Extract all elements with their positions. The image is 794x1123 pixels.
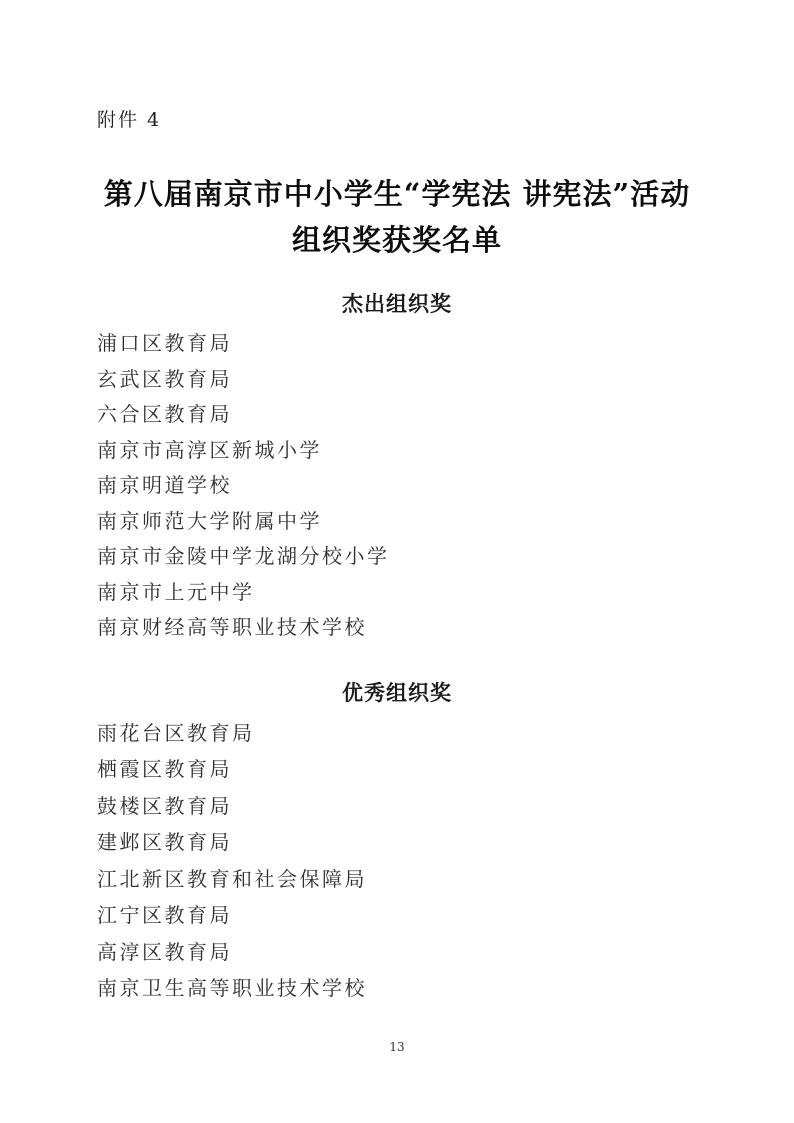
- document-title-line-1: 第八届南京市中小学生“学宪法 讲宪法”活动: [97, 171, 697, 217]
- document-title: 第八届南京市中小学生“学宪法 讲宪法”活动 组织奖获奖名单: [97, 171, 697, 263]
- list-item: 玄武区教育局: [97, 362, 697, 398]
- page-number: 13: [0, 1040, 794, 1054]
- list-item: 南京市高淳区新城小学: [97, 433, 697, 469]
- section-heading-outstanding: 杰出组织奖: [97, 291, 697, 318]
- section-outstanding-awards: 杰出组织奖 浦口区教育局 玄武区教育局 六合区教育局 南京市高淳区新城小学 南京…: [97, 291, 697, 646]
- list-item: 建邺区教育局: [97, 824, 697, 861]
- document-title-line-2: 组织奖获奖名单: [97, 217, 697, 263]
- list-item: 南京市金陵中学龙湖分校小学: [97, 539, 697, 575]
- list-item: 六合区教育局: [97, 397, 697, 433]
- list-item: 雨花台区教育局: [97, 715, 697, 752]
- attachment-label: 附件 4: [97, 107, 697, 133]
- section-heading-excellent: 优秀组织奖: [97, 680, 697, 707]
- list-item: 高淳区教育局: [97, 934, 697, 971]
- document-page: 附件 4 第八届南京市中小学生“学宪法 讲宪法”活动 组织奖获奖名单 杰出组织奖…: [0, 0, 794, 1123]
- document-content: 附件 4 第八届南京市中小学生“学宪法 讲宪法”活动 组织奖获奖名单 杰出组织奖…: [0, 0, 794, 1007]
- list-item: 南京卫生高等职业技术学校: [97, 970, 697, 1007]
- outstanding-award-list: 浦口区教育局 玄武区教育局 六合区教育局 南京市高淳区新城小学 南京明道学校 南…: [97, 326, 697, 646]
- excellent-award-list: 雨花台区教育局 栖霞区教育局 鼓楼区教育局 建邺区教育局 江北新区教育和社会保障…: [97, 715, 697, 1007]
- list-item: 浦口区教育局: [97, 326, 697, 362]
- list-item: 南京师范大学附属中学: [97, 504, 697, 540]
- list-item: 南京市上元中学: [97, 575, 697, 611]
- list-item: 南京财经高等职业技术学校: [97, 610, 697, 646]
- section-excellent-awards: 优秀组织奖 雨花台区教育局 栖霞区教育局 鼓楼区教育局 建邺区教育局 江北新区教…: [97, 680, 697, 1007]
- list-item: 栖霞区教育局: [97, 751, 697, 788]
- list-item: 南京明道学校: [97, 468, 697, 504]
- list-item: 江宁区教育局: [97, 897, 697, 934]
- list-item: 鼓楼区教育局: [97, 788, 697, 825]
- list-item: 江北新区教育和社会保障局: [97, 861, 697, 898]
